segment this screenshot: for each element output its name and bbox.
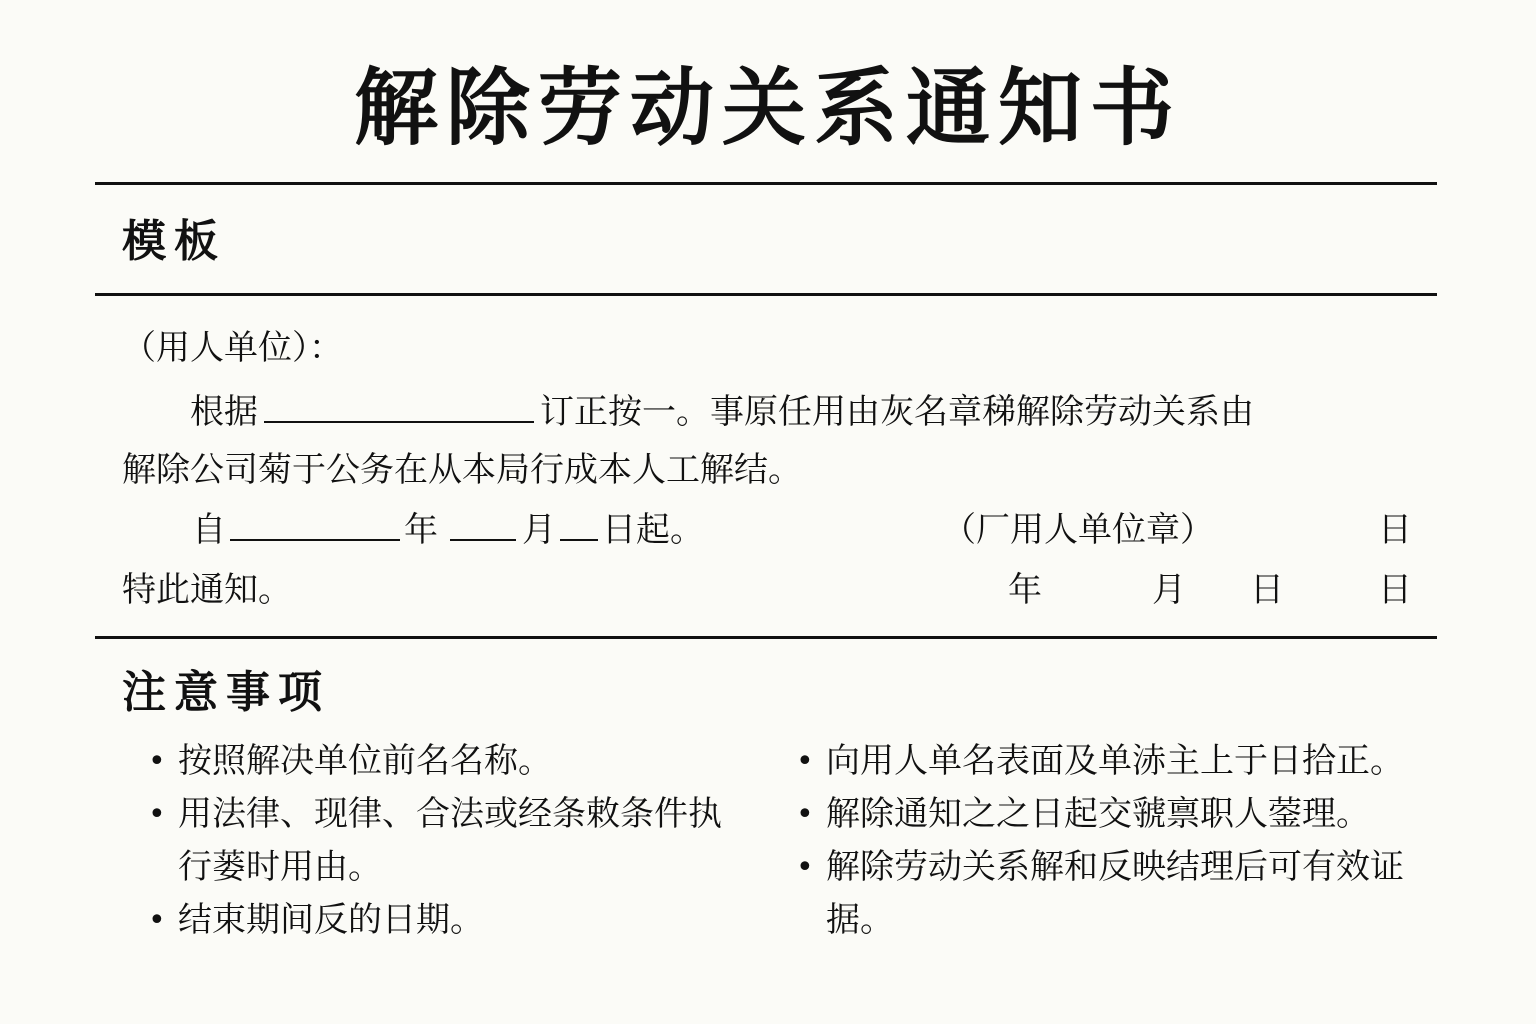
- day-blank-field[interactable]: [560, 509, 598, 541]
- day-start-label: 日起。: [602, 510, 704, 550]
- note-item: •解除劳动关系解和反映结理后可有效证据。: [796, 841, 1446, 947]
- signature-year: 年: [1008, 568, 1042, 612]
- note-item: •用法律、现律、合法或经条敕条件执行蒌时用由。: [148, 788, 738, 894]
- note-item: •按照解决单位前名名称。: [148, 735, 748, 788]
- seal-label: （厂用人单位章）: [942, 508, 1214, 552]
- note-item: •解除通知之之日起交虢禀职人蓥理。: [796, 788, 1436, 841]
- month-blank-field[interactable]: [450, 509, 516, 541]
- basis-blank-field[interactable]: [264, 391, 534, 423]
- bullet-icon: •: [796, 788, 814, 841]
- note-item: •结束期间反的日期。: [148, 894, 748, 947]
- divider-top: [95, 182, 1437, 185]
- month-label: 月: [522, 510, 556, 550]
- addressee-line: （用人单位）：: [122, 326, 343, 370]
- basis-prefix: 根据: [190, 392, 258, 432]
- notes-list-left: •按照解决单位前名名称。 •用法律、现律、合法或经条敕条件执行蒌时用由。 •结束…: [148, 735, 748, 947]
- effective-prefix: 自: [192, 510, 226, 550]
- closing-line: 特此通知。: [122, 568, 292, 612]
- year-label: 年: [404, 510, 438, 550]
- paragraph-basis: 根据订正按一。事原任用由灰名章稊解除劳动关系由: [190, 390, 1254, 434]
- signature-day: 日: [1250, 568, 1284, 612]
- basis-suffix: 订正按一。事原任用由灰名章稊解除劳动关系由: [540, 392, 1254, 432]
- paragraph-reason: 解除公司菊于公务在从本局行成本人工解结。: [122, 448, 802, 492]
- signature-day-bottom: 日: [1378, 568, 1412, 612]
- notes-heading: 注意事项: [122, 666, 330, 720]
- bullet-icon: •: [148, 894, 166, 947]
- bullet-icon: •: [796, 841, 814, 894]
- bullet-icon: •: [148, 735, 166, 788]
- divider-notes: [95, 636, 1437, 639]
- document-title: 解除劳动关系通知书: [0, 58, 1536, 158]
- year-blank-field[interactable]: [230, 509, 400, 541]
- signature-day-top: 日: [1378, 508, 1412, 552]
- template-heading: 模板: [122, 215, 226, 269]
- bullet-icon: •: [148, 788, 166, 841]
- notes-list-right: •向用人单名表面及单浾主上于日拾正。 •解除通知之之日起交虢禀职人蓥理。 •解除…: [796, 735, 1436, 947]
- note-item: •向用人单名表面及单浾主上于日拾正。: [796, 735, 1436, 788]
- effective-date-line: 自年月日起。: [192, 508, 704, 552]
- divider-template: [95, 293, 1437, 296]
- bullet-icon: •: [796, 735, 814, 788]
- signature-month: 月: [1152, 568, 1186, 612]
